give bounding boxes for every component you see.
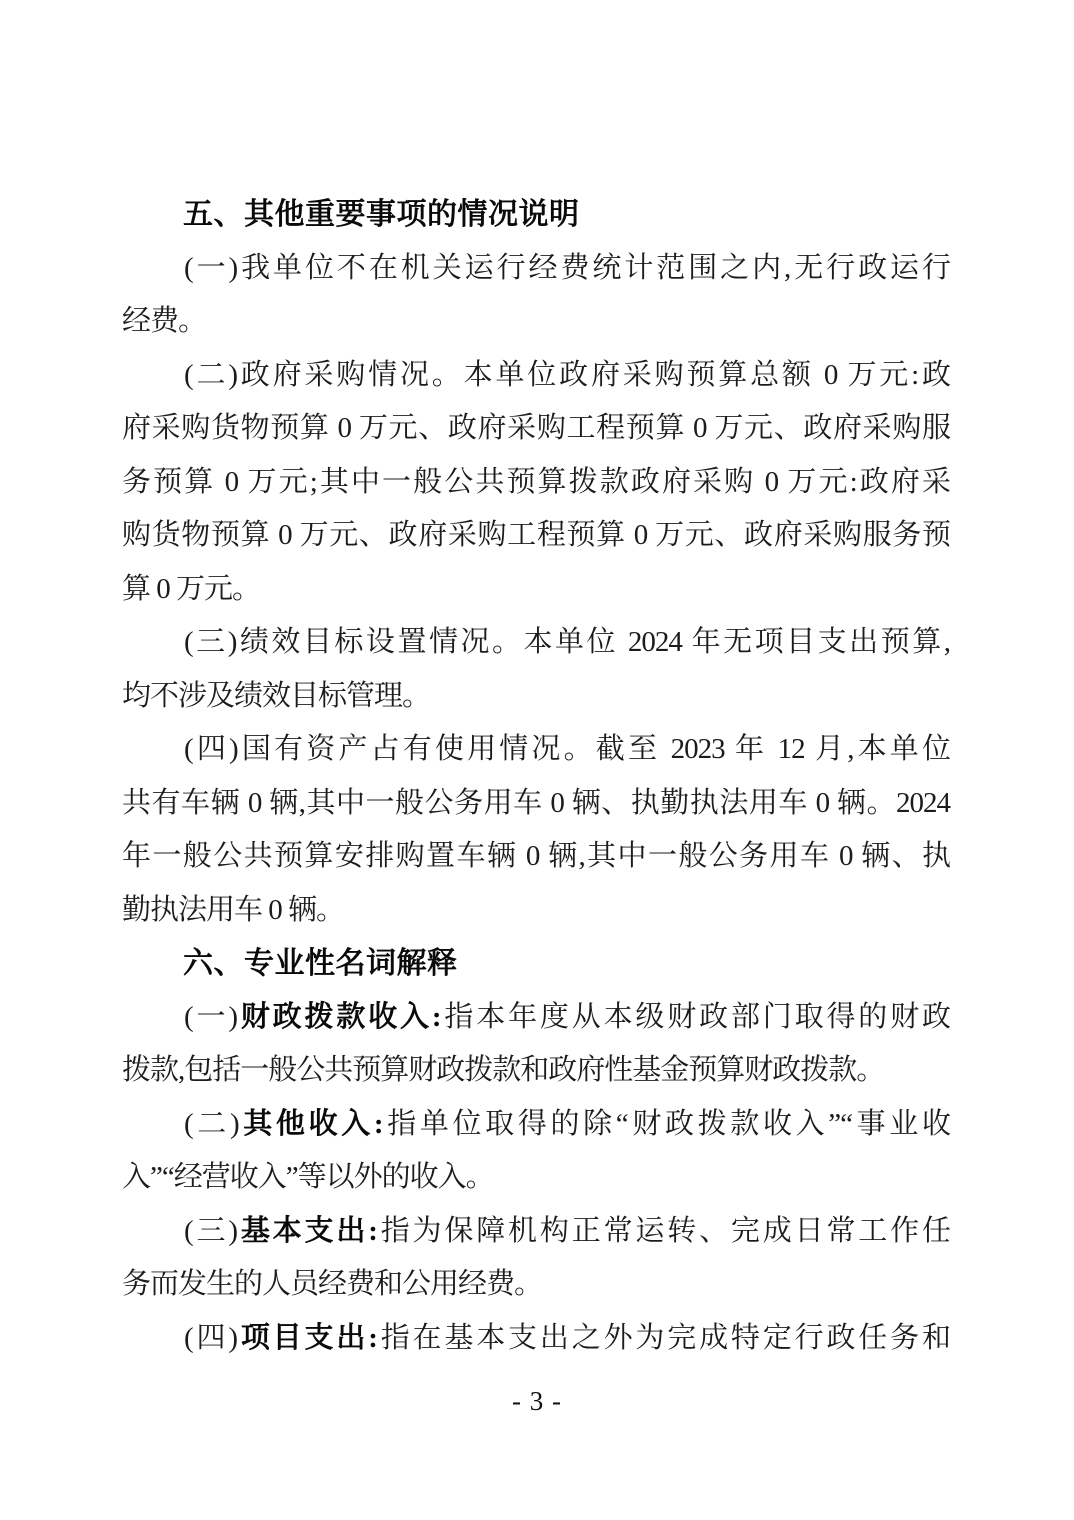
text-segment: 经费。 [122,305,206,337]
page-number: - 3 - [0,1386,1074,1417]
text-segment: 入”“经营收入”等以外的收入。 [122,1161,494,1193]
document-body: 五、其他重要事项的情况说明(一)我单位不在机关运行经费统计范围之内,无行政运行经… [122,188,950,1365]
text-segment: 均不涉及绩效目标管理。 [122,680,430,712]
text-segment: (二)政府采购情况。本单位政府采购预算总额 0 万元:政 [184,359,950,391]
text-segment: 购货物预算 0 万元、政府采购工程预算 0 万元、政府采购服务预 [122,519,950,551]
text-segment: (四)国有资产占有使用情况。截至 2023 年 12 月,本单位 [184,733,950,765]
para-state-owned-assets: (四)国有资产占有使用情况。截至 2023 年 12 月,本单位共有车辆 0 辆… [122,723,950,937]
defined-term: 项目支出: [237,1322,377,1354]
text-segment: 府采购货物预算 0 万元、政府采购工程预算 0 万元、政府采购服 [122,412,950,444]
para-government-procurement: (二)政府采购情况。本单位政府采购预算总额 0 万元:政府采购货物预算 0 万元… [122,349,950,617]
para-term-project-expenditure: (四)项目支出:指在基本支出之外为完成特定行政任务和 [122,1312,950,1366]
text-line: (三)绩效目标设置情况。本单位 2024 年无项目支出预算, [122,616,950,670]
text-line: 入”“经营收入”等以外的收入。 [122,1151,950,1205]
text-line: 均不涉及绩效目标管理。 [122,670,950,724]
text-segment: 指本年度从本级财政部门取得的财政 [441,1001,950,1033]
text-line: 购货物预算 0 万元、政府采购工程预算 0 万元、政府采购服务预 [122,509,950,563]
text-line: 年一般公共预算安排购置车辆 0 辆,其中一般公务用车 0 辆、执 [122,830,950,884]
para-term-basic-expenditure: (三)基本支出:指为保障机构正常运转、完成日常工作任务而发生的人员经费和公用经费… [122,1205,950,1312]
text-segment: 共有车辆 0 辆,其中一般公务用车 0 辆、执勤执法用车 0 辆。2024 [122,787,950,819]
text-line: 共有车辆 0 辆,其中一般公务用车 0 辆、执勤执法用车 0 辆。2024 [122,777,950,831]
text-segment: 拨款,包括一般公共预算财政拨款和政府性基金预算财政拨款。 [122,1054,884,1086]
defined-term: 财政拨款收入: [237,1001,441,1033]
para-admin-operating-funds: (一)我单位不在机关运行经费统计范围之内,无行政运行经费。 [122,242,950,349]
text-segment: 年一般公共预算安排购置车辆 0 辆,其中一般公务用车 0 辆、执 [122,840,950,872]
text-segment: 算 0 万元。 [122,573,260,605]
text-segment: 指单位取得的除“财政拨款收入”“事业收 [383,1108,950,1140]
text-segment: (三)绩效目标设置情况。本单位 2024 年无项目支出预算, [184,626,950,658]
text-segment: 勤执法用车 0 辆。 [122,894,344,926]
text-line: (四)国有资产占有使用情况。截至 2023 年 12 月,本单位 [122,723,950,777]
defined-term: 基本支出: [237,1215,377,1247]
text-line: (一)我单位不在机关运行经费统计范围之内,无行政运行 [122,242,950,296]
para-performance-targets: (三)绩效目标设置情况。本单位 2024 年无项目支出预算,均不涉及绩效目标管理… [122,616,950,723]
document-page: 五、其他重要事项的情况说明(一)我单位不在机关运行经费统计范围之内,无行政运行经… [0,0,1074,1520]
text-segment: 指在基本支出之外为完成特定行政任务和 [377,1322,950,1354]
text-line: (一)财政拨款收入:指本年度从本级财政部门取得的财政 [122,991,950,1045]
section-5-heading: 五、其他重要事项的情况说明 [122,188,950,242]
text-line: 府采购货物预算 0 万元、政府采购工程预算 0 万元、政府采购服 [122,402,950,456]
text-segment: (三) [184,1215,237,1247]
text-line: 务而发生的人员经费和公用经费。 [122,1258,950,1312]
text-line: 拨款,包括一般公共预算财政拨款和政府性基金预算财政拨款。 [122,1044,950,1098]
para-term-fiscal-appropriation-income: (一)财政拨款收入:指本年度从本级财政部门取得的财政拨款,包括一般公共预算财政拨… [122,991,950,1098]
section-6-heading: 六、专业性名词解释 [122,937,950,991]
text-line: 经费。 [122,295,950,349]
defined-term: 其他收入: [239,1108,383,1140]
text-segment: (一) [184,1001,237,1033]
text-segment: (四) [184,1322,237,1354]
para-term-other-income: (二)其他收入:指单位取得的除“财政拨款收入”“事业收入”“经营收入”等以外的收… [122,1098,950,1205]
text-line: (二)政府采购情况。本单位政府采购预算总额 0 万元:政 [122,349,950,403]
text-segment: (一)我单位不在机关运行经费统计范围之内,无行政运行 [184,252,950,284]
text-segment: 指为保障机构正常运转、完成日常工作任 [377,1215,950,1247]
text-segment: (二) [184,1108,239,1140]
text-line: 算 0 万元。 [122,563,950,617]
text-line: 勤执法用车 0 辆。 [122,884,950,938]
text-line: 务预算 0 万元;其中一般公共预算拨款政府采购 0 万元:政府采 [122,456,950,510]
text-segment: 务预算 0 万元;其中一般公共预算拨款政府采购 0 万元:政府采 [122,466,950,498]
text-line: (四)项目支出:指在基本支出之外为完成特定行政任务和 [122,1312,950,1366]
text-segment: 务而发生的人员经费和公用经费。 [122,1268,542,1300]
text-line: (三)基本支出:指为保障机构正常运转、完成日常工作任 [122,1205,950,1259]
text-line: (二)其他收入:指单位取得的除“财政拨款收入”“事业收 [122,1098,950,1152]
